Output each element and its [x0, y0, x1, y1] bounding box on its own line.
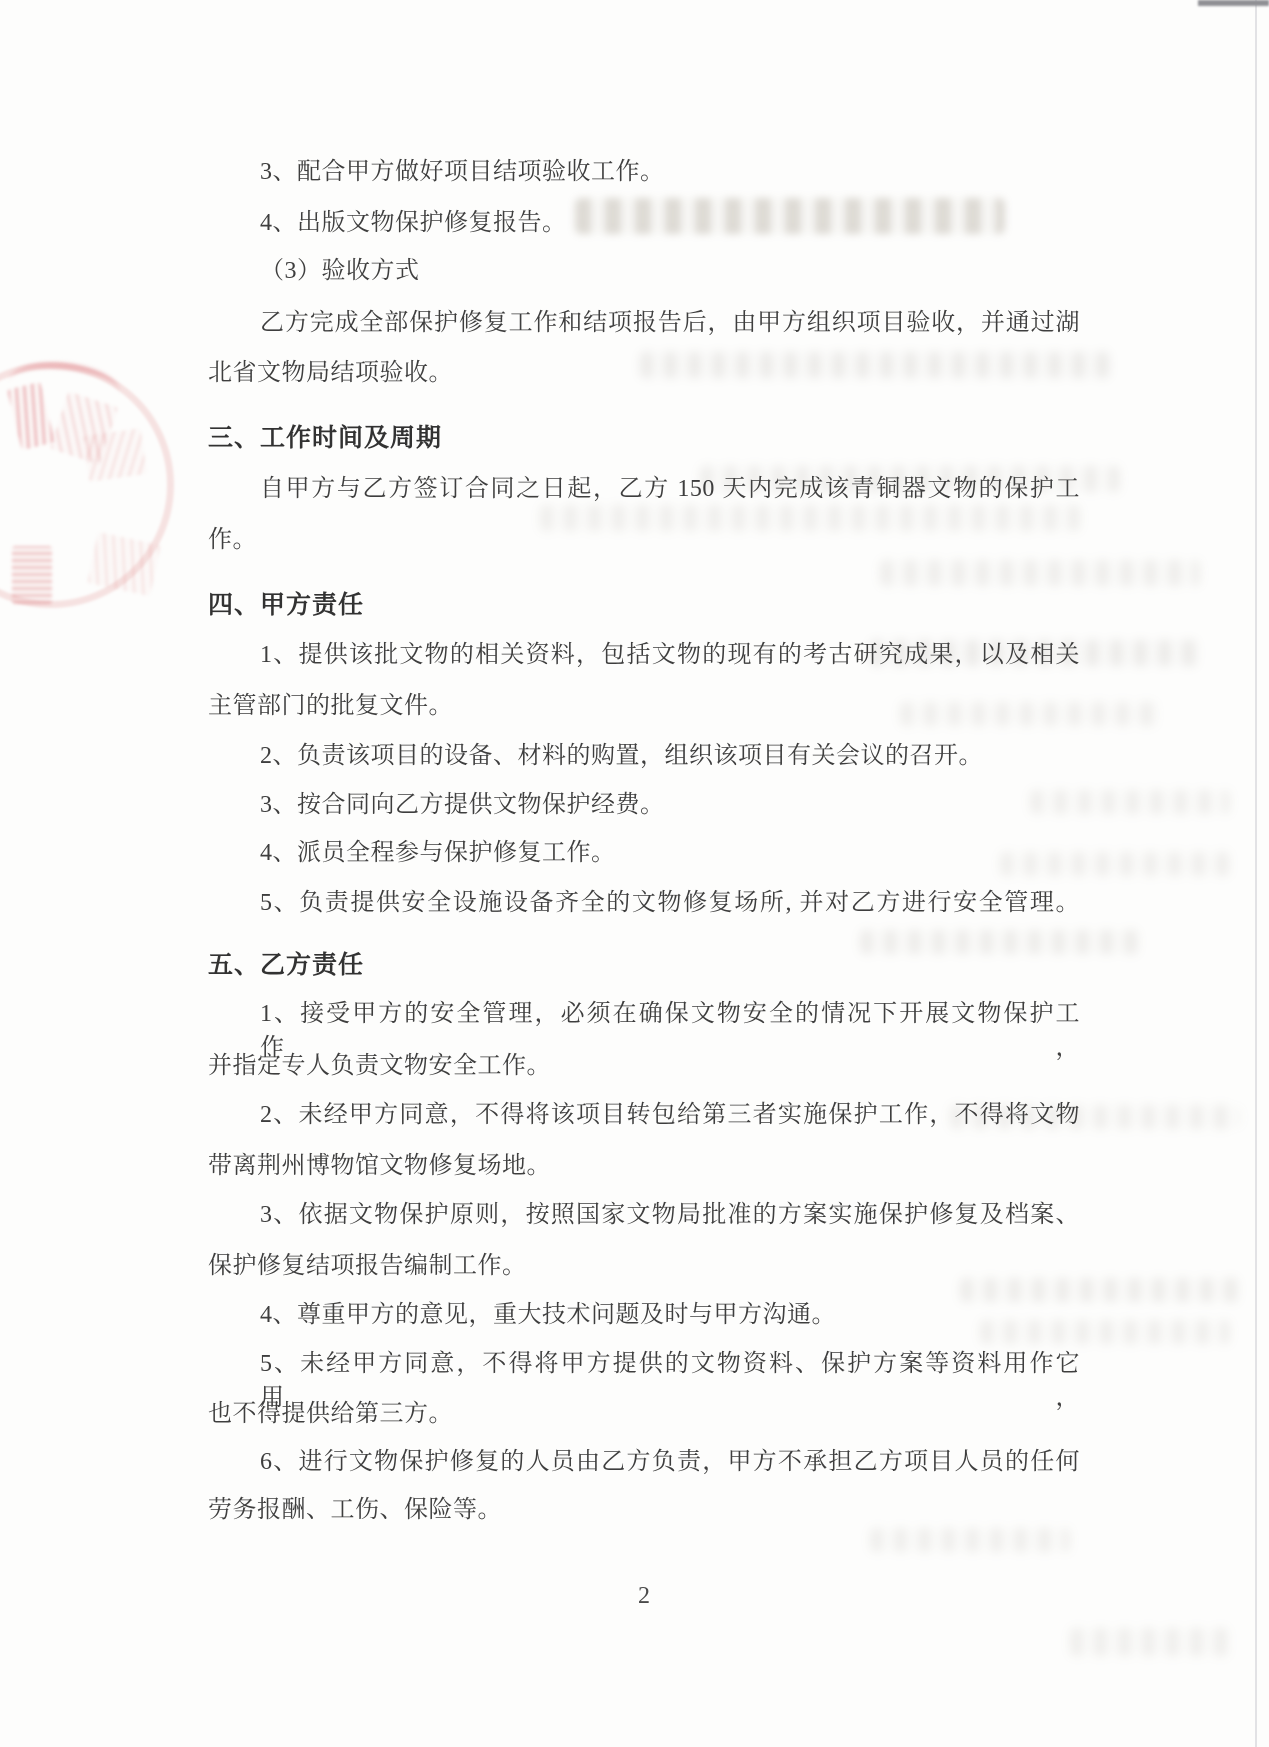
body-line: 3、按合同向乙方提供文物保护经费。	[208, 788, 1080, 822]
body-line: 主管部门的批复文件。	[208, 689, 1080, 723]
body-line: 并指定专人负责文物安全工作。	[208, 1049, 1080, 1083]
body-line: 北省文物局结项验收。	[208, 356, 1080, 390]
body-line: 3、配合甲方做好项目结项验收工作。	[208, 155, 1080, 189]
section-heading: 三、工作时间及周期	[208, 421, 1080, 455]
body-line: 6、进行文物保护修复的人员由乙方负责，甲方不承担乙方项目人员的任何	[208, 1445, 1080, 1479]
body-line: 1、接受甲方的安全管理，必须在确保文物安全的情况下开展文物保护工作，	[208, 997, 1080, 1031]
body-line: （3）验收方式	[208, 254, 1080, 288]
body-line: 乙方完成全部保护修复工作和结项报告后，由甲方组织项目验收，并通过湖	[208, 306, 1080, 340]
body-line: 4、出版文物保护修复报告。	[208, 206, 1080, 240]
document-text-layer: 3、配合甲方做好项目结项验收工作。 4、出版文物保护修复报告。 （3）验收方式 …	[0, 0, 1269, 1747]
page-number: 2	[208, 1583, 1080, 1610]
body-line: 保护修复结项报告编制工作。	[208, 1249, 1080, 1283]
body-line: 4、尊重甲方的意见，重大技术问题及时与甲方沟通。	[208, 1298, 1080, 1332]
body-line: 4、派员全程参与保护修复工作。	[208, 836, 1080, 870]
body-line: 5、负责提供安全设施设备齐全的文物修复场所, 并对乙方进行安全管理。	[208, 886, 1080, 920]
scan-edge-line	[1255, 0, 1257, 1747]
body-line: 2、负责该项目的设备、材料的购置，组织该项目有关会议的召开。	[208, 739, 1080, 773]
body-line: 也不得提供给第三方。	[208, 1397, 1080, 1431]
section-heading: 四、甲方责任	[208, 588, 1080, 622]
body-line: 带离荆州博物馆文物修复场地。	[208, 1149, 1080, 1183]
body-line: 5、未经甲方同意，不得将甲方提供的文物资料、保护方案等资料用作它用，	[208, 1347, 1080, 1381]
body-line: 自甲方与乙方签订合同之日起，乙方 150 天内完成该青铜器文物的保护工	[208, 472, 1080, 506]
scanned-contract-page: 3、配合甲方做好项目结项验收工作。 4、出版文物保护修复报告。 （3）验收方式 …	[0, 0, 1269, 1747]
scan-corner-mark	[1198, 0, 1269, 6]
body-line: 1、提供该批文物的相关资料，包括文物的现有的考古研究成果，以及相关	[208, 638, 1080, 672]
section-heading: 五、乙方责任	[208, 948, 1080, 982]
body-line: 劳务报酬、工伤、保险等。	[208, 1493, 1080, 1527]
body-line: 作。	[208, 523, 1080, 557]
body-line: 3、依据文物保护原则，按照国家文物局批准的方案实施保护修复及档案、	[208, 1198, 1080, 1232]
body-line: 2、未经甲方同意，不得将该项目转包给第三者实施保护工作，不得将文物	[208, 1098, 1080, 1132]
